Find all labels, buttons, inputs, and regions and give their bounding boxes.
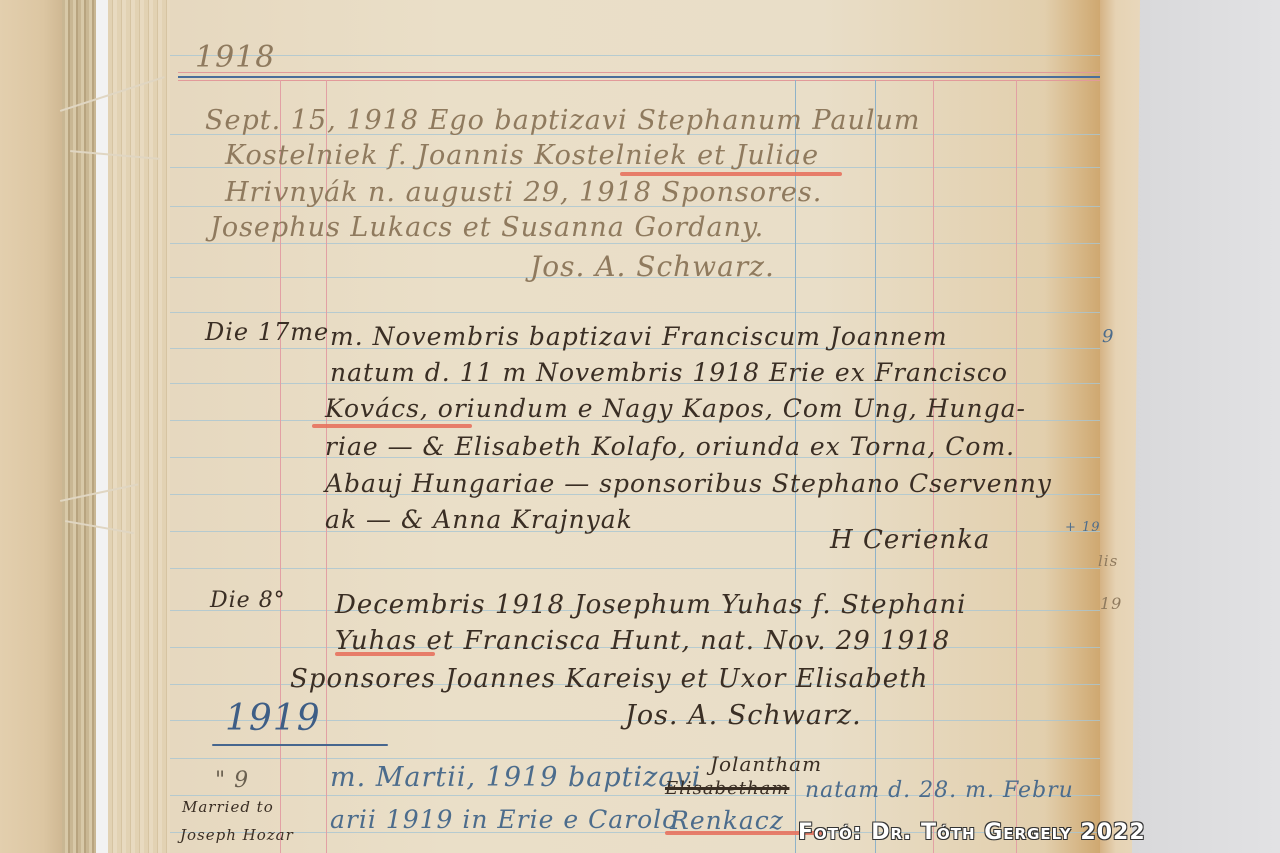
entry-line: Renkacz — [670, 806, 784, 835]
signature: H Cerienka — [830, 525, 990, 555]
header-rule — [178, 76, 1100, 78]
entry-line: m. Martii, 1919 baptizavi — [330, 762, 701, 793]
surname-underline — [620, 172, 842, 176]
struck-name: Elisabetham — [665, 778, 789, 799]
margin-date: " 9 — [215, 768, 249, 793]
entry-line: m. Novembris baptizavi Franciscum Joanne… — [330, 322, 948, 351]
margin-date: Die 17me — [205, 318, 329, 346]
register-page: 1918 Sept. 15, 1918 Ego baptizavi Stepha… — [170, 0, 1100, 853]
edge-number: 19 — [1100, 594, 1122, 613]
entry-line: Hrivnyák n. augusti 29, 1918 Sponsores. — [225, 177, 822, 208]
page-edges — [108, 0, 170, 853]
year-underline — [212, 744, 388, 746]
photo-credit-watermark: Fotó: Dr. Tóth Gergely 2022 — [798, 820, 1146, 845]
margin-date: Die 8° — [210, 588, 286, 613]
entry-line: Kovács, oriundum e Nagy Kapos, Com Ung, … — [325, 394, 1026, 423]
edge-number: 9 — [1102, 326, 1114, 347]
spine-gap — [96, 0, 108, 853]
entry-line: natum d. 11 m Novembris 1918 Erie ex Fra… — [330, 358, 1008, 387]
margin-note: Married to — [182, 798, 274, 816]
entry-line: Kostelniek f. Joannis Kostelniek et Juli… — [225, 140, 819, 171]
entry-line: Yuhas et Francisca Hunt, nat. Nov. 29 19… — [335, 626, 950, 656]
year-header-1919: 1919 — [225, 698, 321, 739]
surname-underline — [312, 424, 472, 428]
entry-line: Decembris 1918 Josephum Yuhas f. Stephan… — [335, 590, 966, 620]
year-header: 1918 — [195, 40, 275, 75]
signature: Jos. A. Schwarz. — [530, 250, 775, 283]
book-cover — [0, 0, 62, 853]
entry-line: Sponsores Joannes Kareisy et Uxor Elisab… — [290, 664, 928, 694]
entry-line: riae — & Elisabeth Kolafo, oriunda ex To… — [325, 432, 1015, 461]
edge-number: lis — [1098, 552, 1118, 570]
entry-line: natam d. 28. m. Febru — [805, 778, 1074, 803]
entry-line: Josephus Lukacs et Susanna Gordany. — [210, 212, 764, 243]
entry-line: Abauj Hungariae — sponsoribus Stephano C… — [325, 469, 1052, 498]
signature: Jos. A. Schwarz. — [625, 700, 862, 731]
inserted-name: Jolantham — [710, 752, 822, 776]
margin-note: Joseph Hozar — [180, 826, 294, 844]
entry-line: ak — & Anna Krajnyak — [325, 505, 633, 534]
entry-line: arii 1919 in Erie e Carolo — [330, 805, 678, 834]
entry-line: Sept. 15, 1918 Ego baptizavi Stephanum P… — [205, 105, 921, 136]
side-note: + 1936 — [1065, 520, 1100, 535]
